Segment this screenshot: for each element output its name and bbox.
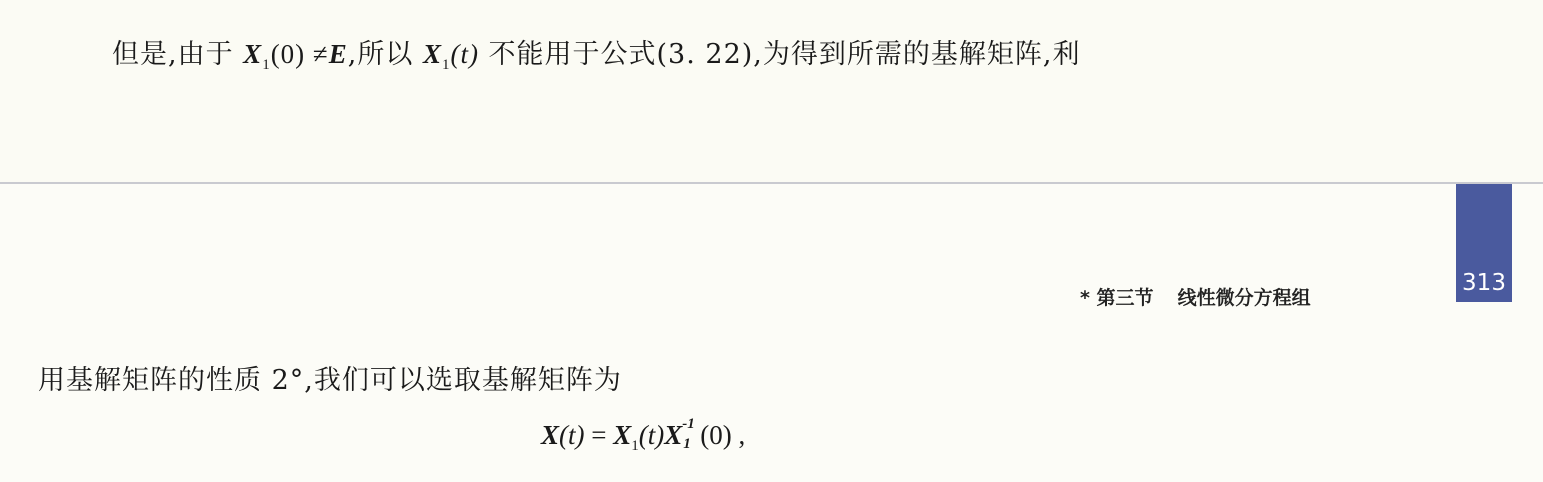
math-args: (t) — [559, 420, 584, 450]
chapter-title: 线性微分方程组 — [1178, 287, 1311, 309]
upper-page-fragment — [0, 0, 1543, 182]
text: 但是,由于 — [112, 39, 243, 70]
lower-page-fragment — [0, 184, 1543, 482]
math-X: X1 — [243, 39, 271, 69]
math-X: X1 — [423, 39, 451, 69]
page-number-tab: 313 — [1456, 184, 1512, 302]
math-E: E — [329, 39, 348, 69]
math-args: (0) — [271, 39, 305, 69]
upper-paragraph-line: 但是,由于 X1(0) ≠E,所以 X1(t) 不能用于公式(3. 22),为得… — [112, 32, 1080, 74]
math-comma: , — [732, 420, 746, 450]
text: 不能用于公式(3. 22),为得到所需的基解矩阵,利 — [479, 39, 1081, 70]
math-neq: ≠ — [305, 39, 329, 69]
display-formula: X(t) = X1(t)X-11(0) , — [541, 420, 745, 455]
page-number: 313 — [1456, 270, 1512, 296]
math-X: X — [541, 420, 559, 450]
math-X1-inverse: X-11 — [664, 420, 700, 450]
text: ,所以 — [348, 39, 423, 70]
math-X1: X1 — [613, 420, 639, 450]
section-label: * 第三节 — [1080, 287, 1154, 309]
math-args: (t) — [450, 39, 478, 69]
math-eq: = — [585, 420, 614, 450]
math-args: (0) — [700, 420, 731, 450]
lower-paragraph-line: 用基解矩阵的性质 2°,我们可以选取基解矩阵为 — [38, 358, 622, 397]
math-args: (t) — [639, 420, 664, 450]
running-header: * 第三节线性微分方程组 — [1080, 283, 1311, 310]
